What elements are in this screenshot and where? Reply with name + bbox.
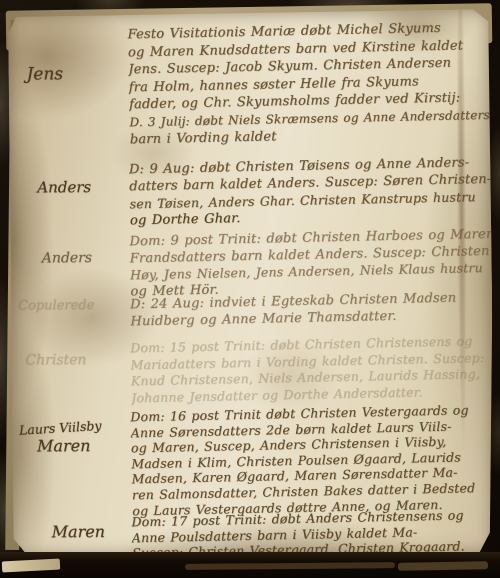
margin-name-maren-1: Maren bbox=[37, 436, 90, 455]
margin-name-maren-2: Maren bbox=[52, 522, 105, 541]
binding-shadow bbox=[185, 562, 395, 570]
margin-name-laurs-viilsby: Laurs Viilsby bbox=[19, 418, 102, 438]
binding-shadow bbox=[398, 561, 488, 571]
margin-name-jens: Jens bbox=[26, 64, 63, 84]
margin-name-christen: Christen bbox=[25, 352, 86, 368]
register-entry: D: 9 Aug: døbt Christen Tøisens og Anne … bbox=[129, 154, 492, 230]
margin-name-anders-1: Anders bbox=[37, 178, 91, 196]
margin-name-anders-2: Anders bbox=[42, 250, 92, 266]
register-page: Jens Festo Visitationis Mariæ døbt Miche… bbox=[8, 9, 494, 557]
margin-name-copulerede: Copulerede bbox=[18, 298, 94, 314]
register-entry: Dom: 16 post Trinit døbt Christen Vester… bbox=[130, 402, 494, 519]
register-entry: Dom: 15 post Trinit: døbt Christen Chris… bbox=[130, 333, 493, 407]
register-entry: Festo Visitationis Mariæ døbt Michel Sky… bbox=[127, 19, 491, 149]
register-entry: D: 24 Aug: indviet i Egteskab Christen M… bbox=[130, 289, 493, 331]
binding-highlight bbox=[2, 558, 60, 572]
book-binding-edge bbox=[0, 552, 500, 578]
manuscript-photo: Jens Festo Visitationis Mariæ døbt Miche… bbox=[0, 0, 500, 578]
